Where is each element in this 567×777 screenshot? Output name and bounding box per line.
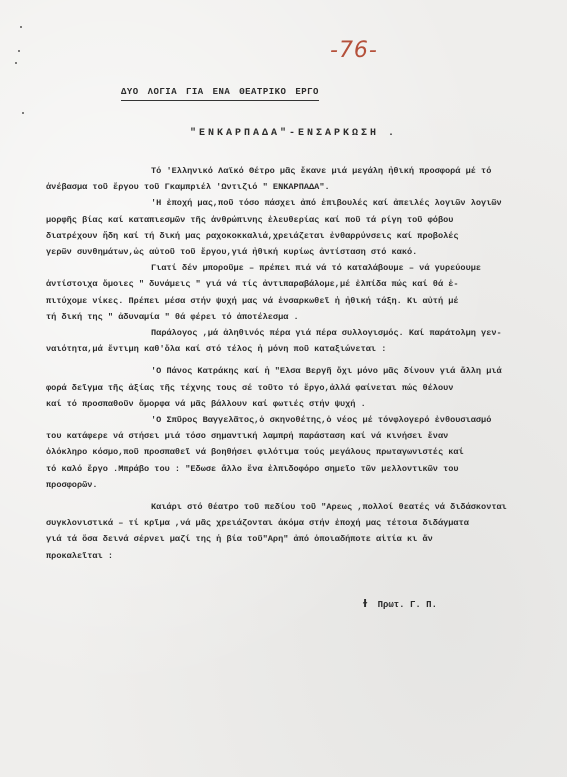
text-line: φορά δεῖγμα τῆς ἀξίας τῆς τέχνης τους σέ… — [46, 380, 566, 396]
text-line: Καιάρι στό θέατρο τοῦ πεδίου τοῦ "Αρεως … — [46, 499, 566, 515]
text-line: 'Η ἐποχή μας,ποῦ τόσο πάσχει ἀπό ἐπιβουλ… — [46, 195, 566, 211]
paper-speck — [18, 50, 20, 52]
signature-text: Πρωτ. Γ. Π. — [378, 600, 437, 610]
text-line: 'Ο Πάνος Κατράκης καί ἡ "Ελσα Βεργῆ ὄχι … — [46, 363, 566, 379]
text-line: Παράλογος ,μά ἀληθινός πέρα γιά πέρα συλ… — [46, 325, 566, 341]
text-line: γερῶν συνθημάτων,ὡς αὐτοῦ τοῦ ἔργου,γιά … — [46, 244, 566, 260]
text-line: καί τό προσπαθοῦν ὄμορφα νά μᾶς βάλλουν … — [46, 396, 566, 412]
text-line: Γιατί δέν μποροῦμε – πρέπει πιά νά τό κα… — [46, 260, 566, 276]
text-line: γιά τά ὅσα δεινά σέρνει μαζί της ἡ βία τ… — [46, 531, 566, 547]
paragraph: 'Ο Σπῦρος Βαγγελᾶτος,ὁ σκηνοθέτης,ὁ νέος… — [46, 412, 566, 493]
text-line: τό καλό ἔργο .Μπράβο του : "Εδωσε ἄλλο ἕ… — [46, 461, 566, 477]
text-line: ἀντίστοιχα ὅμοιες " δυνάμεις " γιά νά τί… — [46, 276, 566, 292]
paragraph: Παράλογος ,μά ἀληθινός πέρα γιά πέρα συλ… — [46, 325, 566, 357]
document-page: -76- ΔΥΟ ΛΟΓΙΑ ΓΙΑ ΕΝΑ ΘΕΑΤΡΙΚΟ ΕΡΓΟ "ΕΝ… — [0, 0, 567, 777]
paragraph: 'Ο Πάνος Κατράκης καί ἡ "Ελσα Βεργῆ ὄχι … — [46, 363, 566, 412]
text-line: Τό 'Ελληνικό Λαϊκό Θέτρο μᾶς ἔκανε μιά μ… — [46, 163, 566, 179]
text-line: πιτύχομε νίκες. Πρέπει μέσα στήν ψυχή μα… — [46, 293, 566, 309]
text-line: προσφορῶν. — [46, 477, 566, 493]
text-line: διατρέχουν ἤδη καί τή δική μας ραχοκοκκα… — [46, 228, 566, 244]
signature-mark: ɫ — [362, 597, 368, 610]
paragraph: Καιάρι στό θέατρο τοῦ πεδίου τοῦ "Αρεως … — [46, 499, 566, 564]
paper-speck — [20, 26, 22, 28]
text-line: 'Ο Σπῦρος Βαγγελᾶτος,ὁ σκηνοθέτης,ὁ νέος… — [46, 412, 566, 428]
signature: ɫ Πρωτ. Γ. Π. — [362, 597, 437, 610]
text-line: τή δική της " ἀδυναμία " θά φέρει τό ἀπο… — [46, 309, 566, 325]
text-line: ὁλόκληρο κόσμο,ποῦ προσπαθεῖ νά βοηθήσει… — [46, 444, 566, 460]
document-heading: ΔΥΟ ΛΟΓΙΑ ΓΙΑ ΕΝΑ ΘΕΑΤΡΙΚΟ ΕΡΓΟ — [121, 87, 319, 101]
text-line: μορφῆς βίας καί καταπιεσμῶν τῆς ἀνθρώπιν… — [46, 212, 566, 228]
paper-speck — [15, 62, 17, 64]
text-line: ἀνέβασμα τοῦ ἔργου τοῦ Γκαμπριέλ 'Ωντιζι… — [46, 179, 566, 195]
document-body: Τό 'Ελληνικό Λαϊκό Θέτρο μᾶς ἔκανε μιά μ… — [46, 163, 566, 564]
text-line: συγκλονιστικά – τί κρῖμα ,νά μᾶς χρειάζο… — [46, 515, 566, 531]
text-line: ναιότητα,μά ἔντιμη καθ'ὅλα καί στό τέλος… — [46, 341, 566, 357]
paragraph: Γιατί δέν μποροῦμε – πρέπει πιά νά τό κα… — [46, 260, 566, 325]
paragraph: 'Η ἐποχή μας,ποῦ τόσο πάσχει ἀπό ἐπιβουλ… — [46, 195, 566, 260]
paper-speck — [22, 112, 24, 114]
document-subtitle: "ΕΝΚΑΡΠΑΔΑ"-ΕΝΣΑΡΚΩΣΗ . — [190, 128, 397, 139]
text-line: προκαλεῖται : — [46, 548, 566, 564]
page-number: -76- — [330, 38, 378, 63]
paragraph: Τό 'Ελληνικό Λαϊκό Θέτρο μᾶς ἔκανε μιά μ… — [46, 163, 566, 195]
text-line: του κατάφερε νά στήσει μιά τόσο σημαντικ… — [46, 428, 566, 444]
